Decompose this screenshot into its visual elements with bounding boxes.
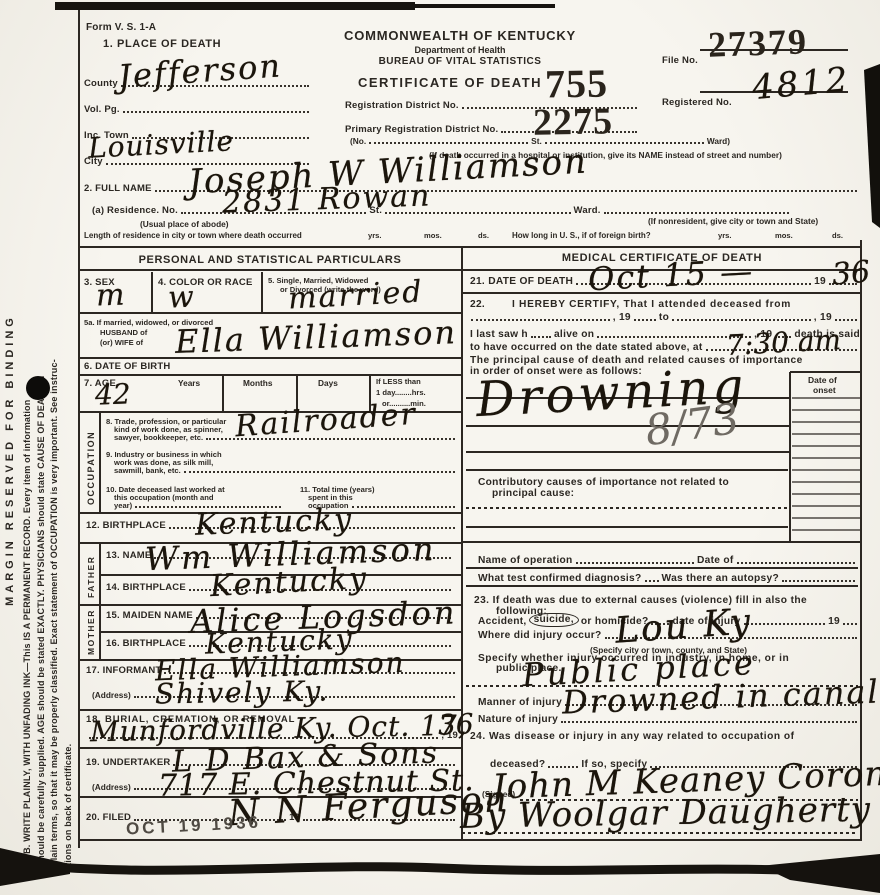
- dotted-line: [843, 623, 857, 625]
- time-of-death-handwriting: 7:30 am: [725, 323, 842, 362]
- dotted-line: [531, 336, 551, 338]
- last-saw-label1: I last saw h: [470, 329, 528, 340]
- certify-number: 22.: [470, 299, 485, 310]
- dotted-line: [604, 212, 789, 214]
- date-of-onset-line2: onset: [813, 385, 836, 395]
- ward-label: Ward): [707, 136, 730, 146]
- mother-maiden-label: 15. MAIDEN NAME: [106, 610, 193, 621]
- dod-19-label: 19: [814, 276, 826, 287]
- residence-ward-label: Ward.: [574, 205, 601, 216]
- top-edge-artifact: [55, 2, 415, 10]
- district-number-stamp: 2275: [533, 99, 614, 144]
- informant-label: 17. INFORMANT: [86, 665, 161, 676]
- manner-injury-label: Manner of injury: [478, 697, 562, 708]
- dotted-line: [561, 721, 857, 723]
- binding-margin: MARGIN RESERVED FOR BINDING N. B. WRITE …: [4, 54, 75, 866]
- primary-district-label: Primary Registration District No.: [345, 124, 498, 135]
- margin-notice-line4: tions on back of certificate.: [62, 54, 76, 866]
- autopsy-label: Was there an autopsy?: [662, 573, 779, 584]
- age-years-header: Years: [178, 378, 200, 388]
- ds-label-1: ds.: [478, 231, 489, 240]
- to-label: to: [659, 312, 669, 323]
- dotted-line: [123, 111, 309, 113]
- occ8-line3: sawyer, bookkeeper, etc.: [114, 433, 203, 442]
- binding-text: MARGIN RESERVED FOR BINDING: [4, 54, 16, 866]
- death-certificate-scan: MARGIN RESERVED FOR BINDING N. B. WRITE …: [0, 0, 880, 895]
- personal-section-title: PERSONAL AND STATISTICAL PARTICULARS: [78, 254, 462, 266]
- nonresident-hint: (If nonresident, give city or town and S…: [648, 216, 818, 226]
- if-less-line1: If LESS than: [376, 377, 421, 386]
- department-subtitle: Department of Health: [315, 45, 605, 55]
- dotted-line: [634, 319, 656, 321]
- page-curl-shadow: [0, 862, 880, 874]
- file-number-stamp: 27379: [707, 20, 808, 65]
- yrs-label-1: yrs.: [368, 231, 382, 240]
- death-year-handwriting: 36: [831, 254, 872, 292]
- margin-notice-line3: plain terms, so that it may be properly …: [48, 54, 62, 866]
- date-of-death-handwriting: Oct 15 —: [587, 252, 755, 299]
- margin-notice-line1: N. B. WRITE PLAINLY, WITH UNFADING INK—T…: [21, 54, 35, 866]
- marital-handwriting: married: [287, 274, 424, 316]
- date-of-onset-line1: Date of: [808, 375, 837, 385]
- undertaker-address-label: (Address): [92, 782, 131, 792]
- length-residence-label: Length of residence in city or town wher…: [84, 231, 302, 240]
- spouse-handwriting: Ella Williamson: [174, 313, 457, 361]
- spouse-label-3: (or) WIFE of: [100, 338, 143, 347]
- father-birthplace-label: 14. BIRTHPLACE: [106, 582, 186, 593]
- certify-dates-row: , 19 to , 19: [468, 312, 860, 323]
- no-label: (No.: [350, 136, 366, 146]
- mother-birthplace-label: 16. BIRTHPLACE: [106, 638, 186, 649]
- certify-line1: I HEREBY CERTIFY, That I attended deceas…: [512, 299, 791, 310]
- margin-notice: N. B. WRITE PLAINLY, WITH UNFADING INK—T…: [21, 54, 75, 866]
- yrs-label-2: yrs.: [718, 231, 732, 240]
- dotted-line: [352, 506, 455, 508]
- comma19a-label: , 19: [613, 312, 631, 323]
- page-curl-right: [760, 854, 880, 893]
- dob-label: 6. DATE OF BIRTH: [84, 361, 170, 372]
- accident-label: Accident,: [478, 616, 527, 627]
- how-long-label: How long in U. S., if of foreign birth?: [512, 231, 651, 240]
- q23-line1: 23. If death was due to external causes …: [474, 595, 807, 606]
- age-months-header: Months: [243, 378, 273, 388]
- father-side-label: FATHER: [86, 556, 96, 598]
- operation-row: Name of operation Date of: [478, 555, 858, 566]
- registration-district-label: Registration District No.: [345, 100, 459, 111]
- residence-row: (a) Residence. No. St. Ward.: [92, 205, 792, 216]
- age-handwriting: 42: [94, 377, 131, 411]
- dotted-line: [184, 471, 455, 473]
- vol-pg-label: Vol. Pg.: [84, 104, 120, 115]
- operation-label: Name of operation: [478, 555, 573, 566]
- burial-year-handwriting: 36: [437, 707, 474, 741]
- file-no-label: File No.: [662, 55, 698, 66]
- age-days-header: Days: [318, 378, 338, 388]
- dotted-line: [737, 562, 855, 564]
- comma19b-label: , 19: [814, 312, 832, 323]
- suicide-circled-label: suicide,: [529, 613, 579, 627]
- form-number: Form V. S. 1-A: [86, 22, 156, 33]
- mos-label-1: mos.: [424, 231, 442, 240]
- margin-notice-line2: should be carefully supplied. AGE should…: [35, 54, 49, 866]
- occ9-line3: sawmill, bank, etc.: [114, 466, 181, 475]
- vol-pg-row: Vol. Pg.: [84, 104, 312, 115]
- contributory-line1: Contributory causes of importance not re…: [478, 477, 729, 488]
- color-handwriting: w: [167, 280, 194, 316]
- operation-date-label: Date of: [697, 555, 734, 566]
- dotted-line: [835, 319, 857, 321]
- sex-handwriting: m: [95, 278, 125, 314]
- filed-label: 20. FILED: [86, 812, 131, 823]
- occurred-label: to have occurred on the date stated abov…: [470, 342, 703, 353]
- informant-address-label: (Address): [92, 690, 131, 700]
- onset-rules: [792, 398, 860, 530]
- mother-side-label: MOTHER: [86, 609, 96, 655]
- test-label: What test confirmed diagnosis?: [478, 573, 642, 584]
- dotted-line: [782, 580, 855, 582]
- residence-label: (a) Residence. No.: [92, 205, 178, 216]
- registered-no-label: Registered No.: [662, 97, 732, 108]
- county-label: County: [84, 78, 118, 89]
- mos-label-2: mos.: [775, 231, 793, 240]
- dotted-line: [471, 319, 610, 321]
- date-of-death-label: 21. DATE OF DEATH: [470, 276, 573, 287]
- undertaker-label: 19. UNDERTAKER: [86, 757, 170, 768]
- occ9-row: sawmill, bank, etc.: [114, 466, 458, 475]
- nature-injury-label: Nature of injury: [478, 714, 558, 725]
- commonwealth-title: COMMONWEALTH OF KENTUCKY: [315, 28, 605, 43]
- top-edge-artifact-thin: [415, 4, 555, 8]
- dotted-line: [672, 319, 811, 321]
- ds-label-2: ds.: [832, 231, 843, 240]
- place-of-death-label: 1. PLACE OF DEATH: [103, 38, 221, 50]
- spouse-label-2: HUSBAND of: [100, 328, 147, 337]
- occ10-line3: year): [114, 501, 132, 510]
- test-autopsy-row: What test confirmed diagnosis? Was there…: [478, 573, 858, 584]
- occupation-side-label: OCCUPATION: [86, 431, 96, 505]
- registered-no-handwriting: 4812: [750, 60, 852, 108]
- last-saw-label2: alive on: [554, 329, 594, 340]
- residence-handwriting: 2831 Rowan: [221, 178, 432, 220]
- dotted-line: [369, 142, 528, 144]
- right-edge-artifact: [864, 64, 880, 228]
- where-injury-label: Where did injury occur?: [478, 630, 602, 641]
- if-less-line2: 1 day........hrs.: [376, 388, 426, 397]
- q24-line1: 24. Was disease or injury in any way rel…: [470, 731, 795, 742]
- dotted-line: [744, 623, 825, 625]
- birthplace-label: 12. BIRTHPLACE: [86, 520, 166, 531]
- injury-19-label: 19: [828, 616, 840, 627]
- dotted-line: [645, 580, 659, 582]
- contributory-line2: principal cause:: [492, 488, 574, 499]
- full-name-label: 2. FULL NAME: [84, 183, 152, 194]
- informant-address-handwriting: Shively Ky.: [155, 674, 330, 710]
- abode-hint: (Usual place of abode): [140, 219, 229, 229]
- dotted-line: [576, 562, 694, 564]
